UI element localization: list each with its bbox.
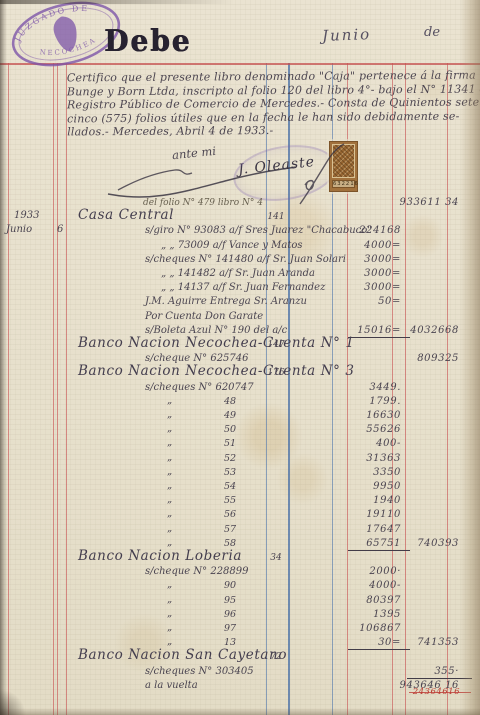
amount-col1: 3350 <box>373 467 401 478</box>
ledger-page: JUZGADO DE NECOCHEA Debe Junio de Certif… <box>0 0 480 715</box>
ledger-row: „9580397 <box>0 594 480 608</box>
page-edge-right <box>460 0 480 715</box>
amount-col1: 3000= <box>364 254 401 265</box>
amount-col1: 16630 <box>366 410 401 421</box>
cheque-number: 51 <box>224 438 236 449</box>
corner-shadow <box>0 689 26 715</box>
ledger-row: s/cheques N° 303405355· <box>0 665 480 679</box>
ledger-row: a la vuelta943646 1624364616 <box>0 679 480 693</box>
amount-col1: 15016= <box>357 325 401 336</box>
amount-col1: 17647 <box>366 524 401 535</box>
ledger-row: „904000- <box>0 579 480 593</box>
date-month: Junio <box>6 224 32 235</box>
account-heading: Banco Nacion Necochea-Cuenta N° 3 <box>78 363 355 379</box>
certification-line: llados.- Mercedes, Abril 4 de 1933.- <box>67 123 473 139</box>
ledger-row: „549950 <box>0 480 480 494</box>
ledger-row: „5055626 <box>0 423 480 437</box>
ditto-mark-icon: „ <box>167 579 172 590</box>
revenue-stamp-number: 632216 <box>332 180 355 188</box>
amount-col1: 9950 <box>373 481 401 492</box>
entry-text: s/giro N° 93083 a/f Sres Juarez "Chacabu… <box>145 225 372 236</box>
account-heading: Banco Nacion Necochea-Cuenta N° 1 <box>78 335 355 351</box>
ledger-row: „551940 <box>0 494 480 508</box>
cheque-number: 52 <box>224 453 236 464</box>
folio-number: 34 <box>262 553 290 563</box>
ditto-mark-icon: „ <box>167 594 172 605</box>
amount-col2: 809325 <box>417 353 459 364</box>
amount-col2: 4032668 <box>410 325 459 336</box>
ledger-row: s/cheque N° 2288992000· <box>0 565 480 579</box>
cheque-number: 54 <box>224 481 236 492</box>
ledger-row: „5619110 <box>0 508 480 522</box>
ledger-row: „ „ 141482 a/f Sr. Juan Aranda3000= <box>0 267 480 281</box>
entry-text: Por Cuenta Don Garate <box>145 311 263 322</box>
amount-col1: 224168 <box>359 225 401 236</box>
ledger-row: Banco Nacion Loberia34 <box>0 551 480 565</box>
de-label: de <box>424 25 440 40</box>
ledger-row: „ „ 73009 a/f Vance y Matos4000= <box>0 239 480 253</box>
cheque-number: 53 <box>224 467 236 478</box>
ledger-row: Banco Nacion San Cayetano72 <box>0 650 480 664</box>
cheque-number: 57 <box>224 524 236 535</box>
folio-number: 72 <box>262 652 290 662</box>
amount-col1: 2000· <box>369 566 401 577</box>
account-heading: Casa Central <box>78 207 174 223</box>
amount-col1: 1395 <box>373 609 401 620</box>
certification-text: Certifico que el presente libro denomina… <box>67 69 473 140</box>
ledger-row: Junio6s/giro N° 93083 a/f Sres Juarez "C… <box>0 224 480 238</box>
signature-flourish <box>118 170 192 190</box>
cheque-number: 95 <box>224 595 236 606</box>
ledger-row: „5717647 <box>0 523 480 537</box>
entry-text: s/cheques N° 303405 <box>145 666 254 677</box>
top-edge-shadow <box>0 0 260 4</box>
ditto-mark-icon: „ <box>167 395 172 406</box>
cheque-number: 49 <box>224 410 236 421</box>
ledger-row: „533350 <box>0 466 480 480</box>
ledger-row: del folio N° 479 libro N° 4933611 34 <box>0 196 480 210</box>
binding-edge <box>0 0 7 715</box>
cheque-number: 48 <box>224 396 236 407</box>
ditto-mark-icon: „ <box>167 622 172 633</box>
amount-col2: 355· <box>434 666 459 677</box>
ledger-row: „97106867 <box>0 622 480 636</box>
date-year: 1933 <box>14 210 39 221</box>
ledger-rows: del folio N° 479 libro N° 4933611 341933… <box>0 196 480 715</box>
ditto-mark-icon: „ <box>167 608 172 619</box>
revenue-stamp-art <box>332 144 355 178</box>
cheque-number: 96 <box>224 609 236 620</box>
amount-col1: 80397 <box>366 595 401 606</box>
amount-col1: 3000= <box>364 282 401 293</box>
ditto-mark-icon: „ <box>167 537 172 548</box>
ledger-row: J.M. Aguirre Entrega Sr. Aranzu50= <box>0 295 480 309</box>
account-heading: Banco Nacion San Cayetano <box>78 647 287 663</box>
ditto-mark-icon: „ <box>167 466 172 477</box>
amount-col1: 55626 <box>366 424 401 435</box>
entry-text: s/cheque N° 228899 <box>145 566 249 577</box>
amount-col1: 4000- <box>369 580 401 591</box>
revenue-stamp: 632216 <box>329 141 358 192</box>
folio-number: 141 <box>262 212 290 222</box>
entry-text: s/cheques N° 620747 <box>145 382 254 393</box>
amount-col1: 31363 <box>366 453 401 464</box>
amount-col1: 1940 <box>373 495 401 506</box>
amount-col2: 741353 <box>417 637 459 648</box>
ledger-row: „481799. <box>0 395 480 409</box>
ledger-row: Por Cuenta Don Garate <box>0 310 480 324</box>
ledger-row: Banco Nacion Necochea-Cuenta N° 1147 <box>0 338 480 352</box>
ledger-row: „5231363 <box>0 452 480 466</box>
amount-col1: 1799. <box>369 396 401 407</box>
cheque-number: 90 <box>224 580 236 591</box>
ledger-row: „961395 <box>0 608 480 622</box>
ditto-mark-icon: „ <box>167 437 172 448</box>
cheque-number: 56 <box>224 509 236 520</box>
entry-text: s/cheques N° 141480 a/f Sr. Juan Solari <box>145 254 346 265</box>
account-heading: Banco Nacion Loberia <box>78 548 242 564</box>
ledger-row: „51400- <box>0 437 480 451</box>
amount-col1: 400- <box>376 438 401 449</box>
amount-col2: 740393 <box>417 538 459 549</box>
folio-number: 176 <box>262 368 290 378</box>
ledger-row: s/cheques N° 6207473449. <box>0 381 480 395</box>
entry-text: „ „ 14137 a/f Sr. Juan Fernandez <box>161 282 325 293</box>
amount-col1: 65751 <box>366 538 401 549</box>
entry-text: „ „ 141482 a/f Sr. Juan Aranda <box>161 268 315 279</box>
ledger-row: s/cheques N° 141480 a/f Sr. Juan Solari3… <box>0 253 480 267</box>
amount-col1: 3000= <box>364 268 401 279</box>
folio-number: 147 <box>262 340 290 350</box>
amount-col1: 4000= <box>364 240 401 251</box>
amount-col1: 30= <box>378 637 401 648</box>
ledger-row: 1933Casa Central141 <box>0 210 480 224</box>
ledger-row: Banco Nacion Necochea-Cuenta N° 3176 <box>0 366 480 380</box>
page-edge-bottom <box>0 708 480 715</box>
ditto-mark-icon: „ <box>167 480 172 491</box>
ante-mi-text: ante mi <box>171 144 216 163</box>
ditto-mark-icon: „ <box>167 494 172 505</box>
amount-col2: 933611 34 <box>400 197 459 208</box>
entry-text: J.M. Aguirre Entrega Sr. Aranzu <box>145 296 307 307</box>
entry-text: a la vuelta <box>145 680 198 691</box>
ditto-mark-icon: „ <box>167 508 172 519</box>
cheque-number: 50 <box>224 424 236 435</box>
ditto-mark-icon: „ <box>167 423 172 434</box>
ditto-mark-icon: „ <box>167 409 172 420</box>
entry-text: „ „ 73009 a/f Vance y Matos <box>161 240 303 251</box>
cheque-number: 55 <box>224 495 236 506</box>
date-day: 6 <box>57 224 63 235</box>
amount-col1: 19110 <box>366 509 401 520</box>
ledger-row: „4916630 <box>0 409 480 423</box>
ditto-mark-icon: „ <box>167 452 172 463</box>
ledger-row: „ „ 14137 a/f Sr. Juan Fernandez3000= <box>0 281 480 295</box>
amount-col1: 3449. <box>369 382 401 393</box>
ditto-mark-icon: „ <box>167 636 172 647</box>
cheque-number: 97 <box>224 623 236 634</box>
ditto-mark-icon: „ <box>167 523 172 534</box>
month-label: Junio <box>322 25 372 45</box>
amount-col1: 50= <box>378 296 401 307</box>
page-title: Debe <box>104 23 192 59</box>
amount-col1: 106867 <box>359 623 401 634</box>
